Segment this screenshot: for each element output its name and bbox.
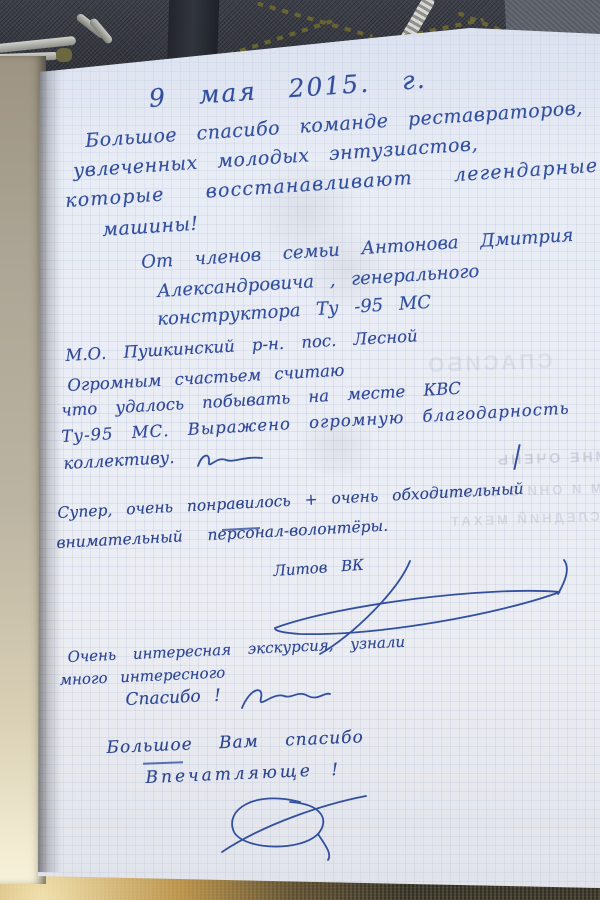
entry-line: машины! [102, 213, 200, 241]
signature-oval [214, 788, 374, 866]
entry-line: М.О. Пушкинский р-н. пос. Лесной [65, 326, 418, 365]
entry-line: Впечатляюще ! [145, 760, 341, 788]
underline-mark [143, 761, 183, 764]
cord-knot [56, 48, 72, 62]
entry-line: Очень интересная экскурсия, узнали [67, 633, 405, 666]
show-through-text: ПОКА ПОСЛЕДНИЙ МЕХАТ [448, 506, 600, 529]
signature-squiggle [236, 682, 332, 716]
entry-date: 9 мая 2015. г. [148, 65, 427, 113]
notebook-page: СПАСИБО МНЕ ОЧЕНЬ САМОЛЕТЫ РЯДОМ И ОНИ В… [0, 0, 600, 900]
entry-line: много интересного [59, 663, 225, 689]
entry-line: коллективу. [63, 448, 175, 473]
entry-line: внимательный персонал-волонтёры. [56, 517, 388, 552]
olive-stitching [257, 2, 373, 39]
entry-line: Спасибо ! [125, 686, 221, 710]
signature-squiggle [196, 450, 268, 474]
show-through-text: МНЕ ОЧЕНЬ [495, 448, 600, 468]
show-through-text: СПАСИБО [425, 350, 553, 378]
photo-scene: СПАСИБО МНЕ ОЧЕНЬ САМОЛЕТЫ РЯДОМ И ОНИ В… [0, 0, 600, 900]
page-gutter-shadow [38, 66, 62, 872]
entry-line: Большое Вам спасибо [106, 727, 364, 758]
